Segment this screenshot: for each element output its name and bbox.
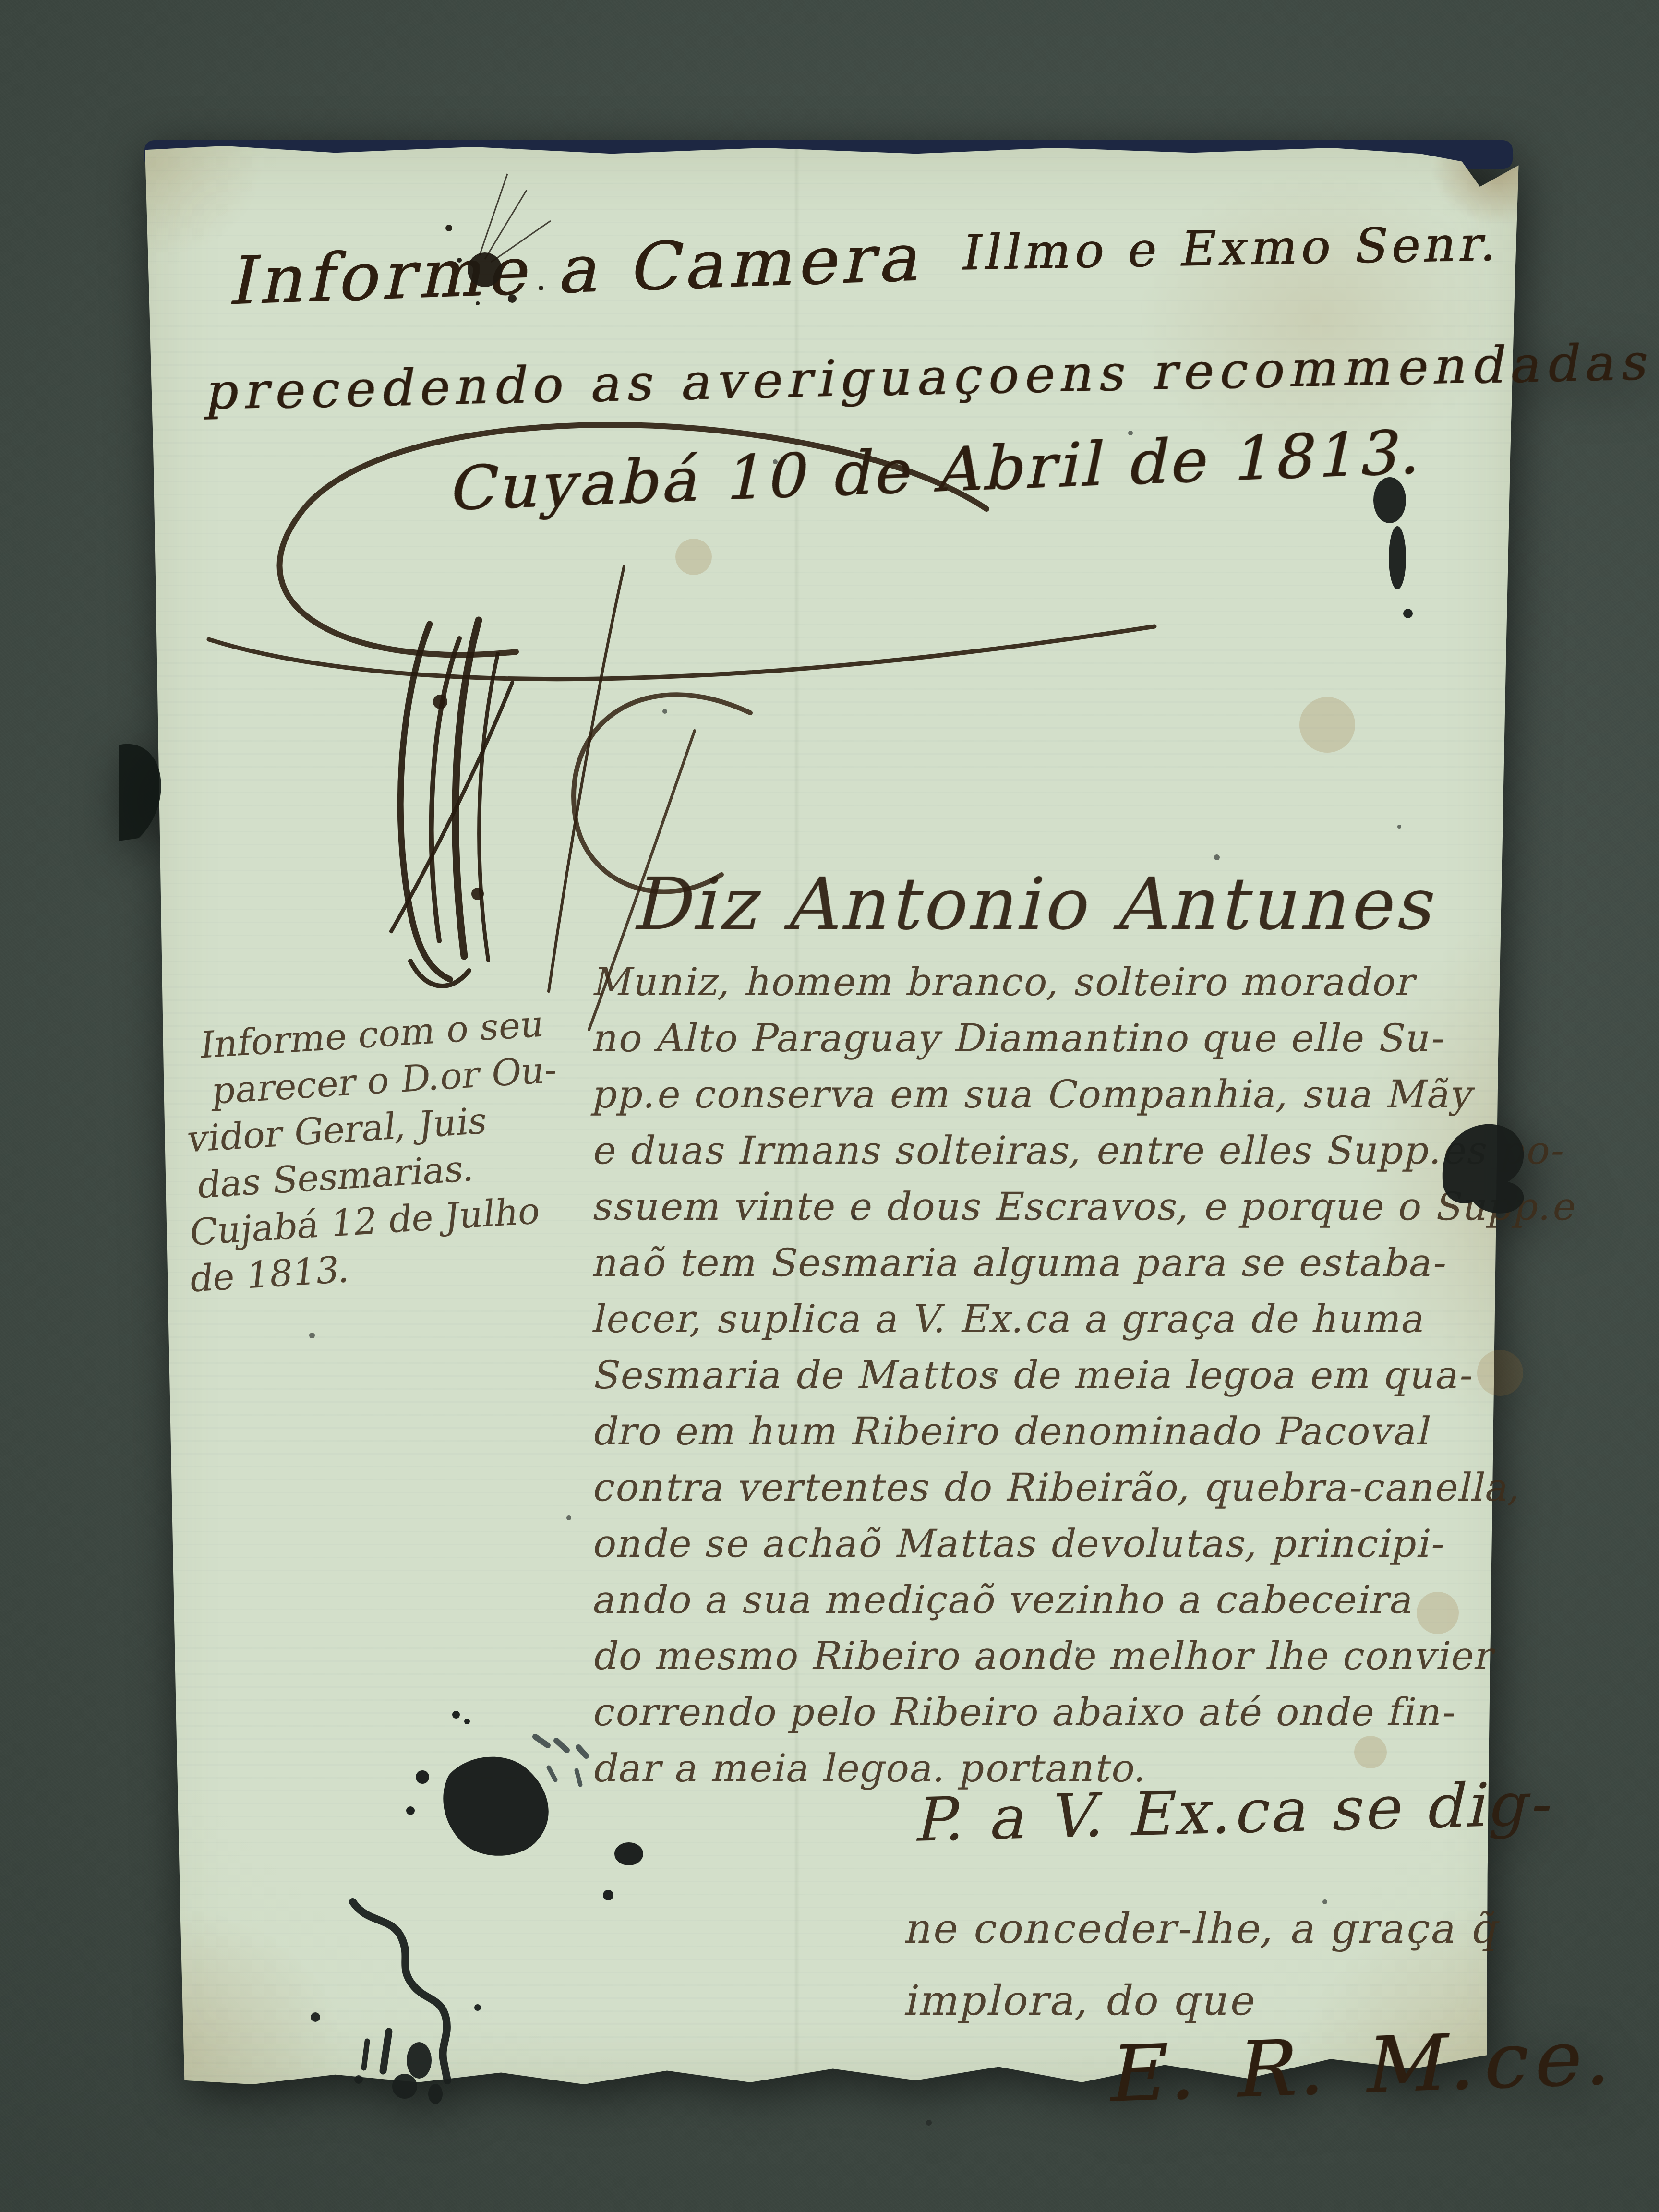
petition-line-5: ssuem vinte e dous Escravos, e porque o …	[588, 1178, 1555, 1235]
dispatch-dateline: Cuyabá 10 de Abril de 1813.	[444, 417, 1434, 524]
petition-line-9: dro em hum Ribeiro denominado Pacoval	[588, 1403, 1555, 1459]
dispatch-line-2: precedendo as averiguaçoens recommendada…	[202, 332, 1659, 421]
dispatch-line-1: Informe a Camera	[224, 218, 935, 320]
handwriting-layer: Illmo e Exmo Senr. Informe a Camera prec…	[142, 144, 1524, 2088]
petition-line-13: do mesmo Ribeiro aonde melhor lhe convie…	[588, 1628, 1555, 1684]
petition-line-2: no Alto Paraguay Diamantino que elle Su-	[588, 1010, 1555, 1066]
petition-line-3: pp.e conserva em sua Companhia, sua Mãy	[588, 1066, 1555, 1122]
salutation-line: Illmo e Exmo Senr.	[958, 215, 1507, 281]
petition-line-7: lecer, suplica a V. Ex.ca a graça de hum…	[588, 1291, 1555, 1347]
closing-line-3: implora, do que	[901, 1977, 1262, 2025]
manuscript-page: Illmo e Exmo Senr. Informe a Camera prec…	[142, 144, 1524, 2088]
photo-background: Illmo e Exmo Senr. Informe a Camera prec…	[0, 0, 1659, 2212]
petition-paragraph: Diz Antonio Antunes Muniz, homem branco,…	[588, 855, 1543, 1796]
petition-line-1: Muniz, homem branco, solteiro morador	[588, 954, 1555, 1010]
petition-line-12: ando a sua mediçaõ vezinho a cabeceira	[588, 1572, 1555, 1628]
petition-line-6: naõ tem Sesmaria alguma para se estaba-	[588, 1235, 1555, 1291]
margin-note: Informe com o seu parecer o D.or Ou- vid…	[173, 995, 641, 1302]
petition-opening-line: Diz Antonio Antunes	[625, 855, 1603, 954]
petition-line-11: onde se achaõ Mattas devolutas, principi…	[588, 1515, 1555, 1572]
closing-line-2: ne conceder-lhe, a graça q̃	[901, 1905, 1506, 1953]
petition-line-8: Sesmaria de Mattos de meia legoa em qua-	[588, 1347, 1555, 1403]
closing-formula: E. R. M.ce.	[1102, 2012, 1630, 2120]
petition-line-10: contra vertentes do Ribeirão, quebra-can…	[588, 1459, 1555, 1515]
petition-line-4: e duas Irmans solteiras, entre elles Sup…	[588, 1122, 1555, 1178]
petition-line-14: correndo pelo Ribeiro abaixo até onde fi…	[588, 1684, 1555, 1740]
